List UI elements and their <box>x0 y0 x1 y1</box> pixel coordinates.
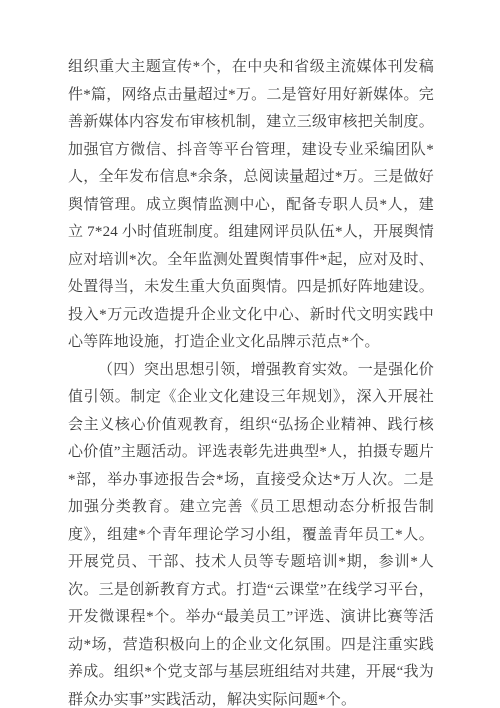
document-page: 组织重大主题宣传*个，在中央和省级主流媒体刊发稿件*篇，网络点击量超过*万。二是… <box>0 0 500 708</box>
document-body: 组织重大主题宣传*个，在中央和省级主流媒体刊发稿件*篇，网络点击量超过*万。二是… <box>68 54 434 708</box>
paragraph-continuation: 组织重大主题宣传*个，在中央和省级主流媒体刊发稿件*篇，网络点击量超过*万。二是… <box>68 54 434 357</box>
paragraph-section-four: （四）突出思想引领，增强教育实效。一是强化价值引领。制定《企业文化建设三年规划》… <box>68 357 434 708</box>
